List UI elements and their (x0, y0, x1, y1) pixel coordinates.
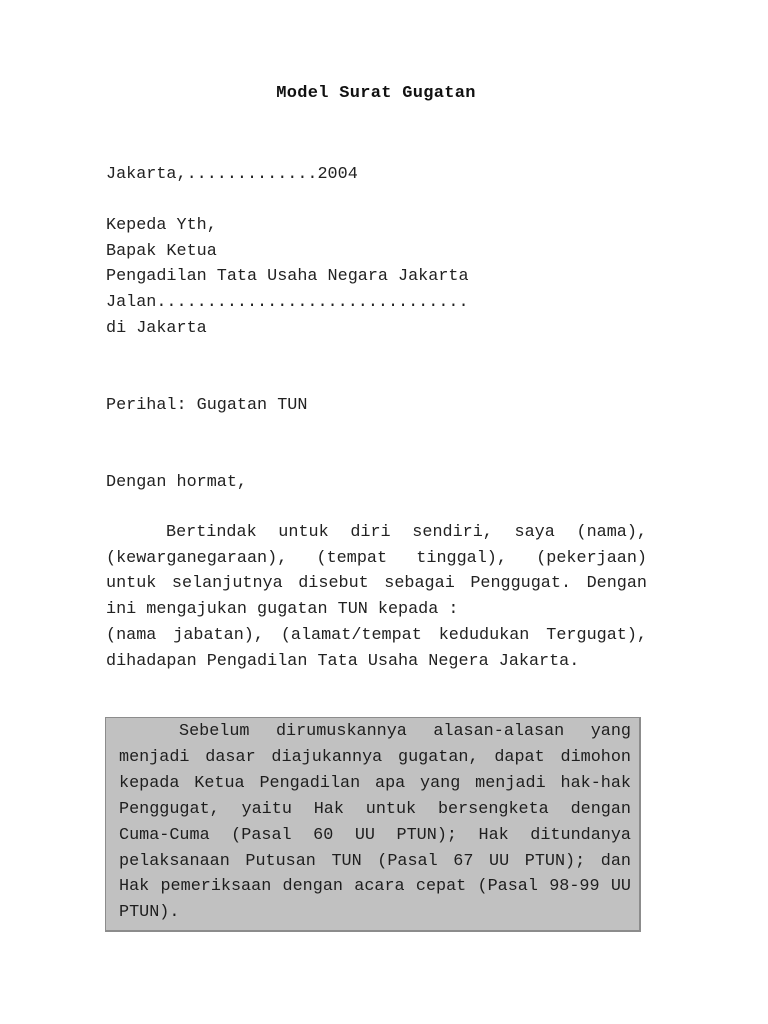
salutation: Dengan hormat, (106, 473, 247, 493)
document-title: Model Surat Gugatan (0, 84, 752, 103)
body-paragraph-2: (nama jabatan), (alamat/tempat kedudukan… (106, 623, 647, 674)
addressee-line-5: di Jakarta (106, 319, 207, 339)
note-box-paragraph: Sebelum dirumuskannya alasan-alasan yang… (119, 719, 631, 926)
addressee-line-3: Pengadilan Tata Usaha Negara Jakarta (106, 267, 469, 287)
date-line: Jakarta,.............2004 (106, 165, 358, 185)
note-box-text: Sebelum dirumuskannya alasan-alasan yang… (119, 722, 631, 922)
body-paragraph-1: Bertindak untuk diri sendiri, saya (nama… (106, 520, 647, 623)
document-page: Model Surat Gugatan Jakarta,............… (0, 0, 768, 1024)
addressee-line-2: Bapak Ketua (106, 242, 217, 262)
addressee-line-1: Kepeda Yth, (106, 216, 217, 236)
body-paragraph-2-text: (nama jabatan), (alamat/tempat kedudukan… (106, 626, 647, 671)
body-paragraph-1-text: Bertindak untuk diri sendiri, saya (nama… (106, 523, 647, 619)
note-box: Sebelum dirumuskannya alasan-alasan yang… (105, 717, 641, 932)
subject-line: Perihal: Gugatan TUN (106, 396, 307, 416)
addressee-line-4: Jalan............................... (106, 293, 469, 313)
